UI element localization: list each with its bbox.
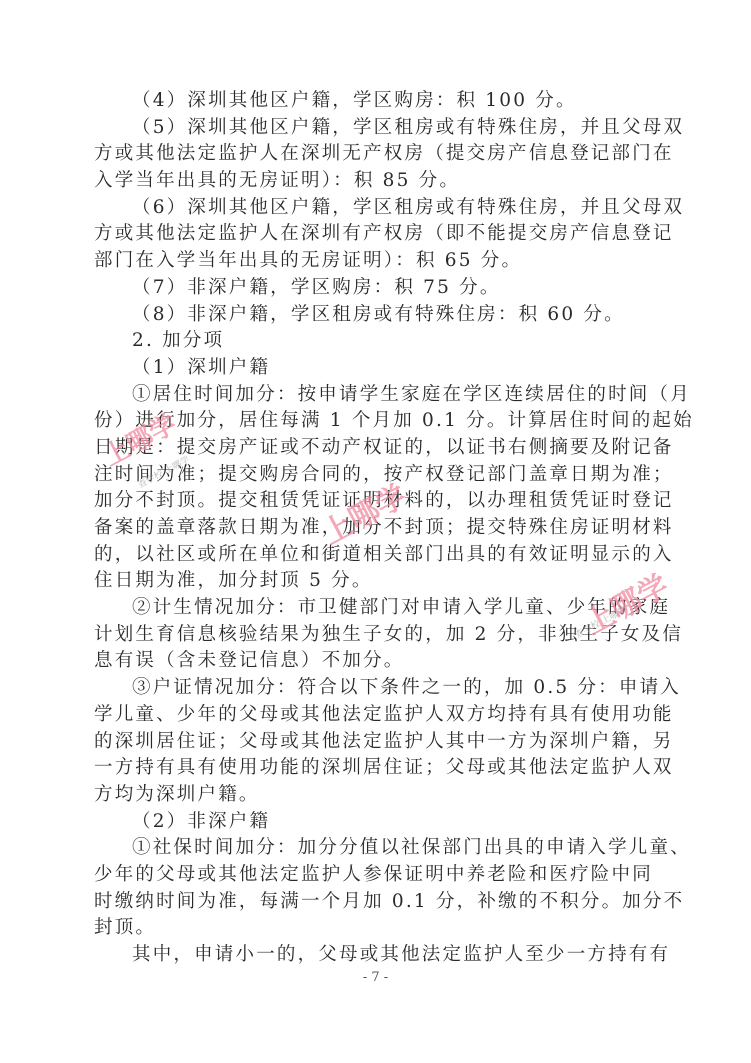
text-line: ③户证情况加分：符合以下条件之一的，加 0.5 分：申请入 — [132, 673, 722, 703]
text-line: 的，以社区或所在单位和街道相关部门出具的有效证明显示的入 — [94, 540, 684, 570]
text-line: 方均为深圳户籍。 — [94, 780, 684, 810]
text-line: 备案的盖章落款日期为准，加分不封顶；提交特殊住房证明材料 — [94, 513, 684, 543]
subsection-heading: （1）深圳户籍 — [132, 353, 722, 383]
text-line: 的深圳居住证；父母或其他法定监护人其中一方为深圳户籍，另 — [94, 727, 684, 757]
text-line: 入学当年出具的无房证明）：积 85 分。 — [94, 166, 684, 196]
text-line: 方或其他法定监护人在深圳有产权房（即不能提交房产信息登记 — [94, 219, 684, 249]
text-line: 息有误（含未登记信息）不加分。 — [94, 646, 684, 676]
text-line: 方或其他法定监护人在深圳无产权房（提交房产信息登记部门在 — [94, 139, 684, 169]
text-line: 份）进行加分，居住每满 1 个月加 0.1 分。计算居住时间的起始 — [94, 406, 684, 436]
text-line: 时缴纳时间为准，每满一个月加 0.1 分，补缴的不积分。加分不 — [94, 887, 684, 917]
text-line: 其中，申请小一的，父母或其他法定监护人至少一方持有有 — [132, 940, 722, 970]
text-line: 少年的父母或其他法定监护人参保证明中养老险和医疗险中同 — [94, 860, 684, 890]
text-line: 一方持有具有使用功能的深圳居住证；父母或其他法定监护人双 — [94, 753, 684, 783]
text-line: ①社保时间加分：加分分值以社保部门出具的申请入学儿童、 — [132, 833, 722, 863]
text-line: ①居住时间加分：按申请学生家庭在学区连续居住的时间（月 — [132, 380, 722, 410]
text-line: 部门在入学当年出具的无房证明）：积 65 分。 — [94, 246, 684, 276]
subsection-heading: （2）非深户籍 — [132, 807, 722, 837]
text-line: （7）非深户籍，学区购房：积 75 分。 — [132, 273, 722, 303]
page-number: - 7 - — [0, 970, 751, 985]
text-line: 住日期为准，加分封顶 5 分。 — [94, 566, 684, 596]
text-line: （8）非深户籍，学区租房或有特殊住房：积 60 分。 — [132, 300, 722, 330]
text-line: ②计生情况加分：市卫健部门对申请入学儿童、少年的家庭 — [132, 593, 722, 623]
text-line: （4）深圳其他区户籍，学区购房：积 100 分。 — [132, 86, 722, 116]
text-line: 封顶。 — [94, 913, 684, 943]
text-line: （5）深圳其他区户籍，学区租房或有特殊住房，并且父母双 — [132, 113, 722, 143]
text-line: （6）深圳其他区户籍，学区租房或有特殊住房，并且父母双 — [132, 193, 722, 223]
text-line: 加分不封顶。提交租赁凭证证明材料的，以办理租赁凭证时登记 — [94, 486, 684, 516]
section-heading: 2. 加分项 — [132, 326, 722, 356]
text-line: 学儿童、少年的父母或其他法定监护人双方均持有具有使用功能 — [94, 700, 684, 730]
document-page: （4）深圳其他区户籍，学区购房：积 100 分。 （5）深圳其他区户籍，学区租房… — [0, 0, 751, 1063]
